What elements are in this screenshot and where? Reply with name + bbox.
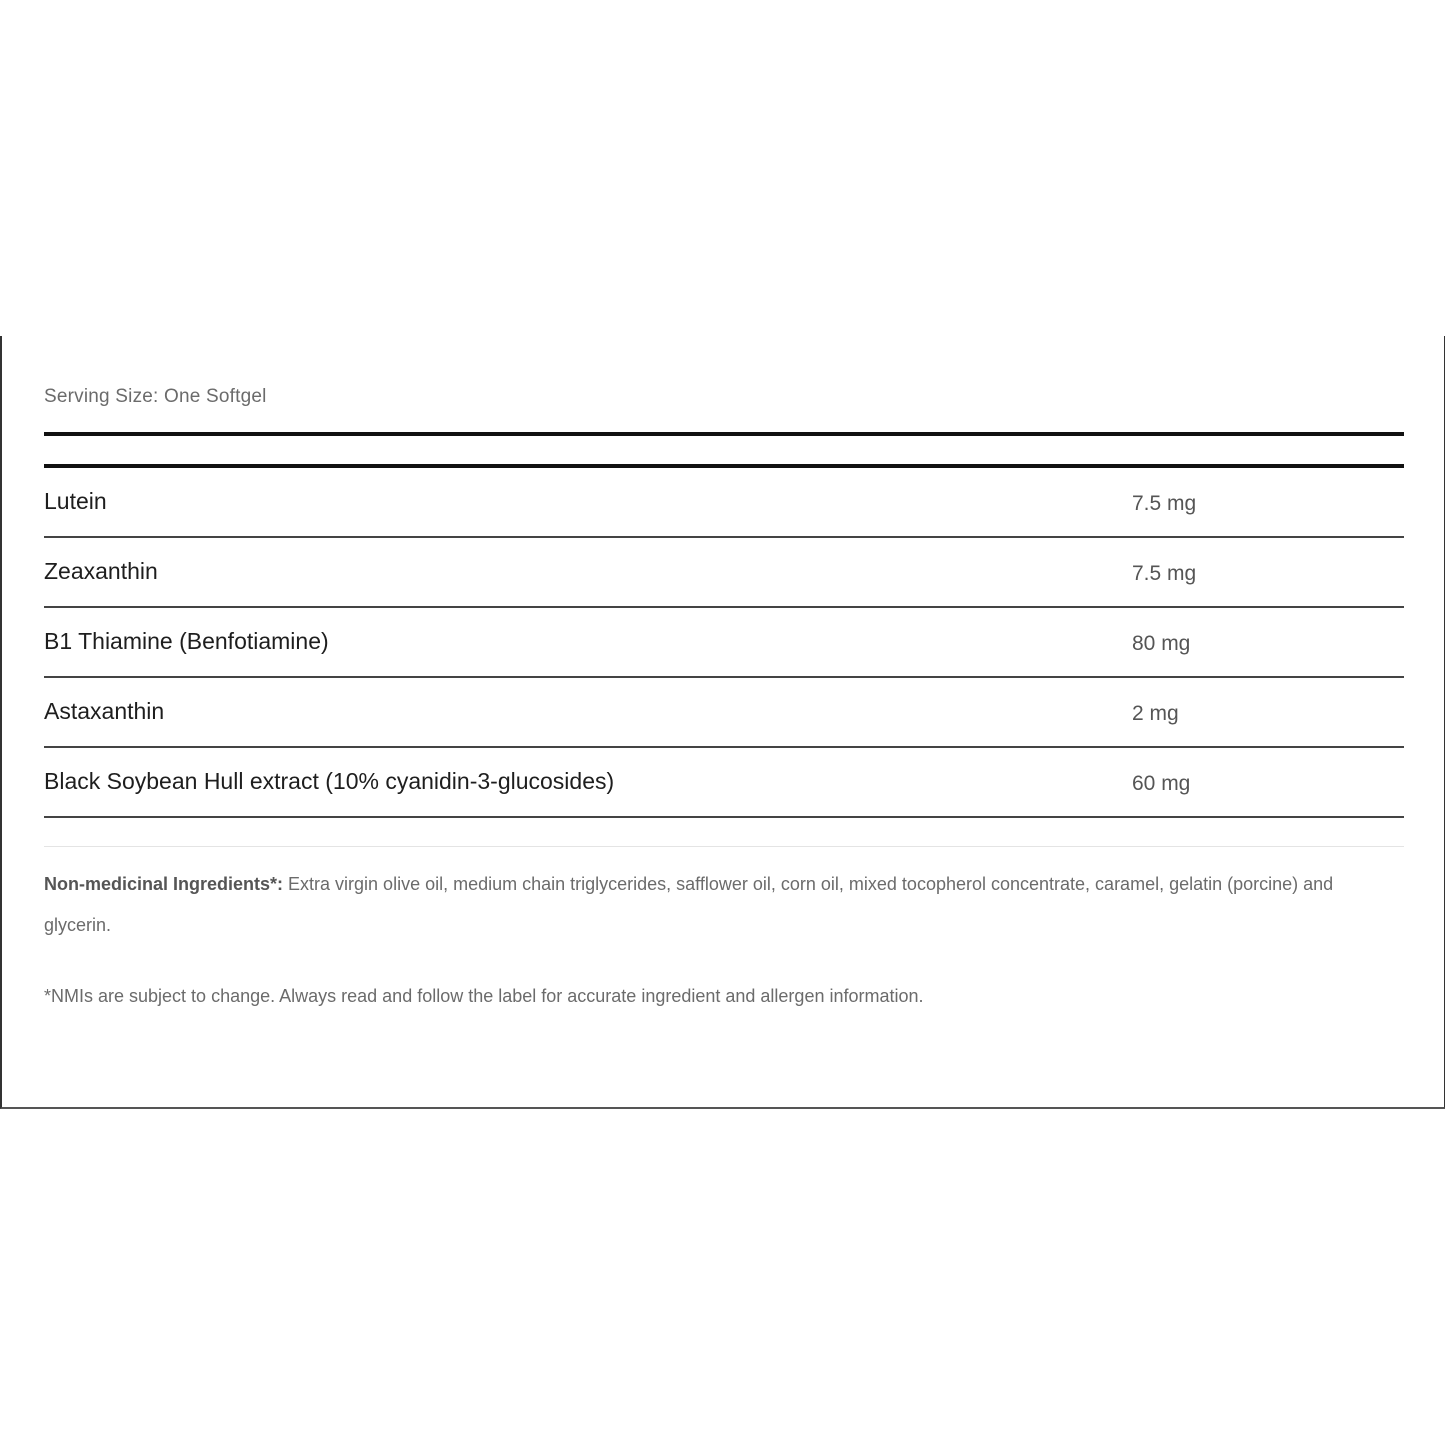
ingredient-amount: 7.5 mg bbox=[1132, 492, 1196, 516]
ingredient-amount: 60 mg bbox=[1132, 772, 1190, 796]
ingredient-name: Zeaxanthin bbox=[44, 558, 158, 585]
ingredient-amount: 2 mg bbox=[1132, 702, 1179, 726]
nmi-disclaimer: *NMIs are subject to change. Always read… bbox=[44, 986, 924, 1007]
ingredient-row: Zeaxanthin 7.5 mg bbox=[44, 538, 1404, 608]
ingredient-row: Astaxanthin 2 mg bbox=[44, 678, 1404, 748]
non-medicinal-label: Non-medicinal Ingredients*: bbox=[44, 874, 283, 894]
serving-size: Serving Size: One Softgel bbox=[44, 386, 267, 408]
ingredient-row: Black Soybean Hull extract (10% cyanidin… bbox=[44, 748, 1404, 818]
heavy-divider-top bbox=[44, 432, 1404, 436]
ingredient-row: Lutein 7.5 mg bbox=[44, 468, 1404, 538]
ingredient-name: B1 Thiamine (Benfotiamine) bbox=[44, 628, 329, 655]
ingredient-amount: 7.5 mg bbox=[1132, 562, 1196, 586]
ingredient-amount: 80 mg bbox=[1132, 632, 1190, 656]
ingredient-row: B1 Thiamine (Benfotiamine) 80 mg bbox=[44, 608, 1404, 678]
non-medicinal-ingredients: Non-medicinal Ingredients*: Extra virgin… bbox=[44, 864, 1404, 946]
ingredient-table: Lutein 7.5 mg Zeaxanthin 7.5 mg B1 Thiam… bbox=[44, 468, 1404, 818]
supplement-facts-panel: Serving Size: One Softgel Lutein 7.5 mg … bbox=[0, 336, 1445, 1109]
ingredient-name: Lutein bbox=[44, 488, 107, 515]
ingredient-name: Astaxanthin bbox=[44, 698, 164, 725]
ingredient-name: Black Soybean Hull extract (10% cyanidin… bbox=[44, 768, 614, 795]
light-divider bbox=[44, 846, 1404, 847]
